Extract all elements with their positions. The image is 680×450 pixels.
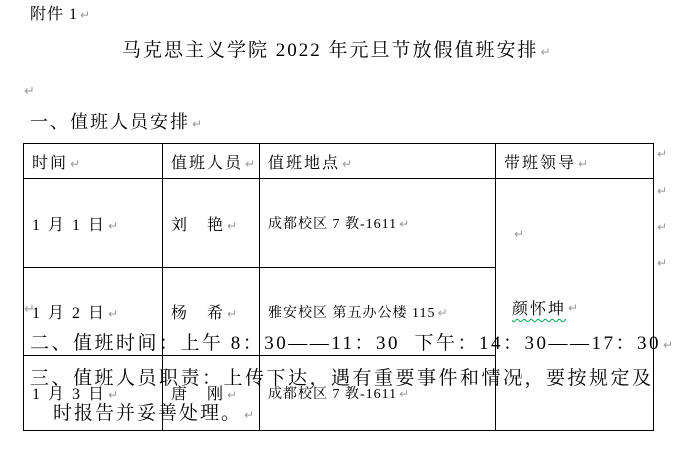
- section-two-text: 二、值班时间：上午 8：30——11：30 下午：14：30——17：30: [30, 333, 661, 354]
- paragraph-mark-icon: ↵: [24, 84, 35, 99]
- date-value: 1 月 2 日: [32, 305, 106, 322]
- section-three-text-line2: 时报告并妥善处理。: [53, 403, 242, 424]
- row-end-mark-icon: ↵: [657, 256, 667, 270]
- paragraph-mark-icon: ↵: [244, 408, 254, 422]
- cell-end-mark-icon: ↵: [437, 306, 447, 320]
- table-row: 1 月 1 日↵ 刘 艳↵ 成都校区 7 教-1611↵ ↵ 颜怀坤↵ ↵: [24, 179, 654, 268]
- paragraph-mark-icon: ↵: [192, 117, 202, 131]
- table-header-row: 时间↵ 值班人员↵ 值班地点↵ 带班领导↵: [24, 144, 654, 179]
- cell-end-mark-icon: ↵: [578, 157, 588, 171]
- location-cell: 成都校区 7 教-1611↵: [260, 355, 496, 430]
- attachment-text: 附件 1: [30, 6, 78, 23]
- cell-end-mark-icon: ↵: [108, 307, 118, 321]
- cell-end-mark-icon: ↵: [227, 307, 237, 321]
- section-two-paragraph: 二、值班时间：上午 8：30——11：30 下午：14：30——17：30↵: [30, 333, 673, 355]
- row-end-mark-icon: ↵: [657, 220, 667, 234]
- cell-end-mark-icon: ↵: [568, 301, 578, 315]
- section-three-continuation: 时报告并妥善处理。↵: [53, 403, 254, 425]
- cell-end-mark-icon: ↵: [227, 219, 237, 233]
- section-one-heading: 一、值班人员安排↵: [30, 112, 202, 133]
- cell-end-mark-icon: ↵: [108, 388, 118, 402]
- col-header-person-label: 值班人员: [171, 155, 243, 172]
- location-value: 成都校区 7 教-1611: [268, 217, 397, 232]
- cell-end-mark-icon: ↵: [342, 157, 352, 171]
- paragraph-mark-icon: ↵: [24, 302, 35, 317]
- col-header-location-label: 值班地点: [268, 155, 340, 172]
- location-cell: 成都校区 7 教-1611↵: [260, 179, 496, 268]
- section-three-text-line1: 三、值班人员职责：上传下达，遇有重要事件和情况，要按规定及: [30, 368, 654, 389]
- col-header-time-label: 时间: [32, 155, 68, 172]
- col-header-leader-label: 带班领导: [504, 155, 576, 172]
- person-value: 杨 希: [171, 305, 225, 322]
- empty-paragraph: ↵: [24, 300, 35, 318]
- col-header-time: 时间↵: [24, 144, 163, 179]
- leader-empty-line: ↵: [504, 215, 651, 253]
- col-header-location: 值班地点↵: [260, 144, 496, 179]
- date-cell: 1 月 1 日↵: [24, 179, 163, 268]
- section-three-paragraph: 三、值班人员职责：上传下达，遇有重要事件和情况，要按规定及: [30, 368, 654, 390]
- paragraph-mark-icon: ↵: [80, 8, 90, 22]
- col-header-leader: 带班领导↵: [496, 144, 654, 179]
- paragraph-mark-icon: ↵: [541, 45, 551, 59]
- empty-paragraph: ↵: [24, 82, 35, 100]
- cell-end-mark-icon: ↵: [245, 157, 255, 171]
- row-end-mark-icon: ↵: [657, 184, 667, 198]
- document-page: 附件 1↵ 马克思主义学院 2022 年元旦节放假值班安排↵ ↵ 一、值班人员安…: [0, 0, 680, 450]
- person-value: 刘 艳: [171, 217, 225, 234]
- leader-merged-cell: ↵ 颜怀坤↵ ↵: [496, 179, 654, 431]
- cell-end-mark-icon: ↵: [399, 217, 409, 231]
- document-title: 马克思主义学院 2022 年元旦节放假值班安排↵: [122, 40, 551, 62]
- cell-end-mark-icon: ↵: [227, 388, 237, 402]
- row-end-mark-icon: ↵: [657, 147, 667, 161]
- paragraph-mark-icon: ↵: [663, 338, 673, 352]
- cell-end-mark-icon: ↵: [514, 227, 524, 241]
- attachment-label: 附件 1↵: [30, 6, 90, 24]
- cell-end-mark-icon: ↵: [108, 219, 118, 233]
- person-cell: 刘 艳↵: [163, 179, 260, 268]
- col-header-person: 值班人员↵: [163, 144, 260, 179]
- location-value: 雅安校区 第五办公楼 115: [268, 306, 435, 321]
- date-value: 1 月 1 日: [32, 217, 106, 234]
- title-text: 马克思主义学院 2022 年元旦节放假值班安排: [122, 40, 539, 61]
- leader-name: 颜怀坤: [512, 296, 566, 319]
- section-one-text: 一、值班人员安排: [30, 112, 190, 132]
- cell-end-mark-icon: ↵: [70, 157, 80, 171]
- leader-name-line: 颜怀坤↵: [504, 289, 651, 326]
